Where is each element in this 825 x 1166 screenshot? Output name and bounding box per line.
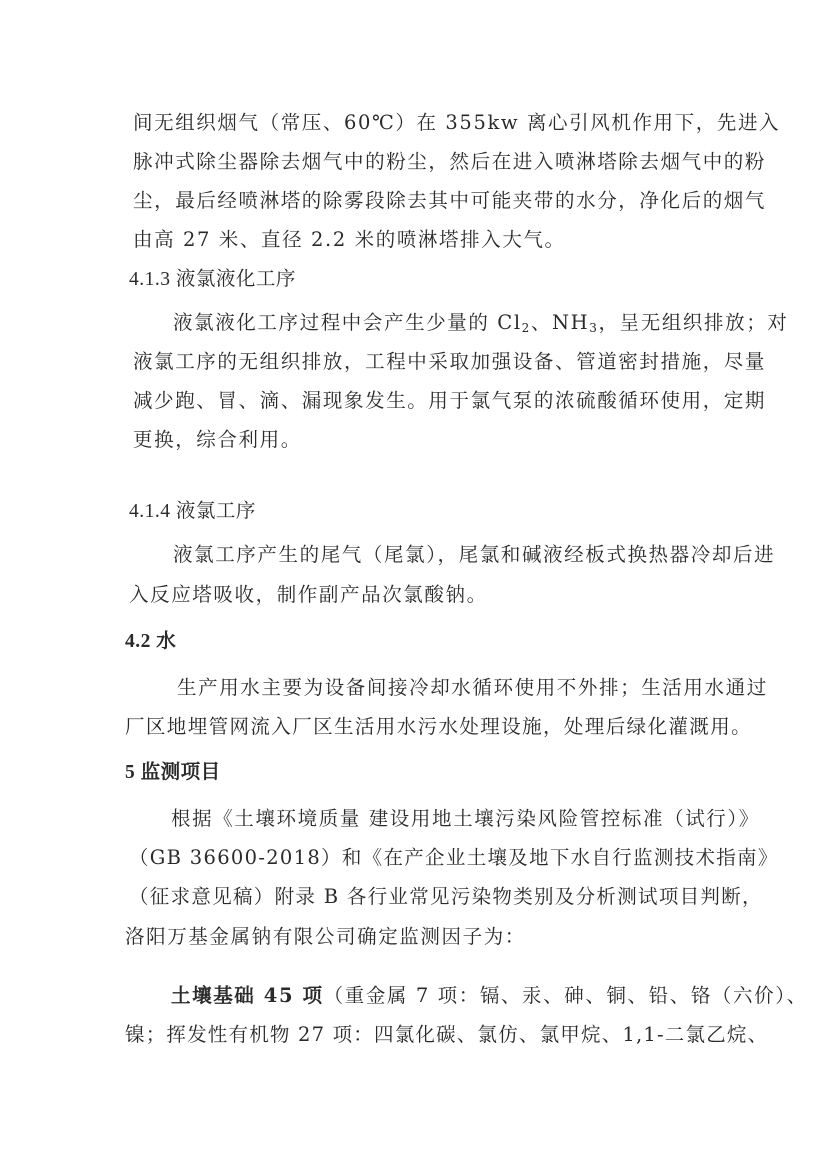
text-span: 液氯液化工序过程中会产生少量的 Cl xyxy=(173,311,522,334)
paragraph-line: 液氯工序的无组织排放，工程中采取加强设备、管道密封措施，尽量 xyxy=(133,350,713,374)
subscript: 2 xyxy=(522,321,531,335)
text-span: （重金属 7 项：镉、汞、砷、铜、铅、铬（六价）、 xyxy=(324,984,808,1007)
paragraph-line: 入反应塔吸收，制作副产品次氯酸钠。 xyxy=(129,583,709,607)
paragraph-line: 脉冲式除尘器除去烟气中的粉尘，然后在进入喷淋塔除去烟气中的粉 xyxy=(133,150,713,174)
paragraph-line: 生产用水主要为设备间接冷却水循环使用不外排；生活用水通过 xyxy=(177,676,717,700)
paragraph-line: 间无组织烟气（常压、60℃）在 355kw 离心引风机作用下，先进入 xyxy=(133,111,713,135)
text-span: ，呈无组织排放；对 xyxy=(599,311,789,334)
paragraph-line: 镍；挥发性有机物 27 项：四氯化碳、氯仿、氯甲烷、1,1-二氯乙烷、 xyxy=(125,1023,705,1047)
section-heading-4-2: 4.2 水 xyxy=(125,630,705,654)
paragraph-line: 土壤基础 45 项（重金属 7 项：镉、汞、砷、铜、铅、铬（六价）、 xyxy=(171,984,711,1008)
paragraph-line: 液氯液化工序过程中会产生少量的 Cl2、NH3，呈无组织排放；对 xyxy=(173,311,713,335)
paragraph-line: 液氯工序产生的尾气（尾氯），尾氯和碱液经板式换热器冷却后进 xyxy=(173,543,713,567)
paragraph-line: 厂区地埋管网流入厂区生活用水污水处理设施，处理后绿化灌溉用。 xyxy=(125,715,705,739)
paragraph-line: （征求意见稿）附录 B 各行业常见污染物类别及分析测试项目判断， xyxy=(129,885,709,909)
paragraph-line: 根据《土壤环境质量 建设用地土壤污染风险管控标准（试行）》 xyxy=(171,807,711,831)
text-span: 、NH xyxy=(531,311,589,334)
paragraph-line: 更换，综合利用。 xyxy=(133,428,713,452)
soil-items-bold: 土壤基础 45 项 xyxy=(171,984,324,1007)
paragraph-line: 洛阳万基金属钠有限公司确定监测因子为： xyxy=(125,925,705,949)
subscript: 3 xyxy=(589,321,598,335)
paragraph-line: （GB 36600-2018）和《在产企业土壤及地下水自行监测技术指南》 xyxy=(129,846,709,870)
paragraph-line: 尘，最后经喷淋塔的除雾段除去其中可能夹带的水分，净化后的烟气 xyxy=(133,189,713,213)
section-heading-4-1-4: 4.1.4 液氯工序 xyxy=(129,500,709,524)
document-page: 间无组织烟气（常压、60℃）在 355kw 离心引风机作用下，先进入 脉冲式除尘… xyxy=(0,0,825,1166)
section-heading-5: 5 监测项目 xyxy=(125,761,705,785)
paragraph-line: 减少跑、冒、滴、漏现象发生。用于氯气泵的浓硫酸循环使用，定期 xyxy=(133,389,713,413)
paragraph-line: 由高 27 米、直径 2.2 米的喷淋塔排入大气。 xyxy=(133,228,713,252)
section-heading-4-1-3: 4.1.3 液氯液化工序 xyxy=(129,268,709,292)
